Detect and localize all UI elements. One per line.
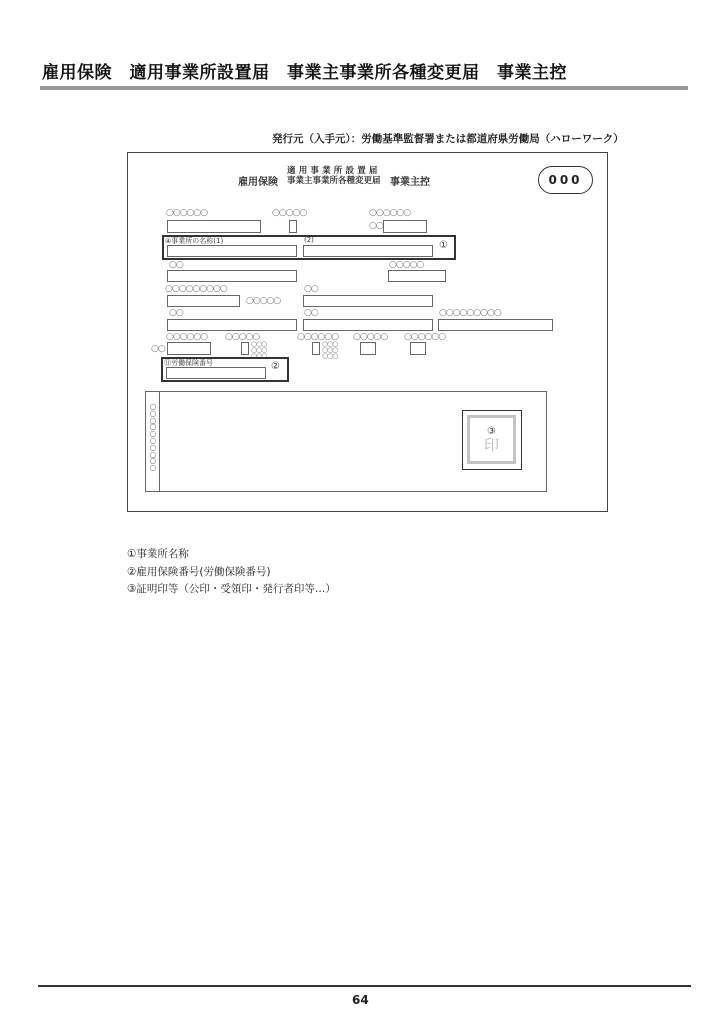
legend-notes: ①事業所名称 ②雇用保険番号(労働保険番号) ③証明印等（公印・受領印・発行者印… <box>127 546 336 599</box>
placeholder-label: ○○○○○○○○○ <box>165 284 227 294</box>
note-item: ③証明印等（公印・受領印・発行者印等…） <box>127 581 336 599</box>
business-name-field-2 <box>303 245 433 257</box>
form-code-badge: 000 <box>538 166 593 194</box>
field-box <box>383 220 427 233</box>
placeholder-label: ○○ <box>304 308 318 318</box>
business-name-label-2: (2) <box>304 236 314 244</box>
seal-box: ③ 印 <box>462 410 522 470</box>
footer-divider <box>38 985 691 987</box>
placeholder-label: ○○○○○ <box>389 260 423 270</box>
placeholder-label: ○○○○○ <box>246 296 280 306</box>
seal-inner: ③ 印 <box>467 415 516 464</box>
note-item: ①事業所名称 <box>127 546 336 564</box>
marker-2: ② <box>271 361 280 372</box>
placeholder-label: ○○ <box>169 308 183 318</box>
field-box <box>167 270 297 282</box>
field-box <box>360 342 376 355</box>
placeholder-label: ○○ <box>151 344 165 354</box>
field-box <box>167 342 211 355</box>
business-name-field-1 <box>167 245 297 257</box>
page-title: 雇用保険 適用事業所設置届 事業主事業所各種変更届 事業主控 <box>42 58 567 83</box>
marker-1: ① <box>439 240 448 251</box>
form-title-mid-bottom: 事業主事業所各種変更届 <box>287 176 381 186</box>
insurance-number-field <box>166 367 266 379</box>
placeholder-label: ○○○○○○ <box>369 208 410 218</box>
remarks-placeholder-column: ○ ○ ○ ○ ○ ○ ○ ○ ○ ○ <box>149 404 157 472</box>
placeholder-label: ○○ <box>169 260 183 270</box>
form-title-mid: 適用事業所設置届 事業主事業所各種変更届 <box>287 166 381 186</box>
note-item: ②雇用保険番号(労働保険番号) <box>127 564 336 582</box>
field-box <box>438 319 553 331</box>
placeholder-grid: ○○○ ○○○ ○○○ <box>322 341 337 359</box>
form-title-left: 雇用保険 <box>238 173 278 188</box>
placeholder-label: ○○ <box>304 284 318 294</box>
field-box <box>167 220 261 233</box>
field-box <box>388 270 446 282</box>
form-title-mid-top: 適用事業所設置届 <box>287 166 381 176</box>
title-divider <box>40 86 688 90</box>
placeholder-label: ○○○○○○ <box>166 208 207 218</box>
placeholder-label: ○○○○○ <box>272 208 306 218</box>
marker-3: ③ <box>487 426 496 437</box>
placeholder-label: ○○ <box>369 221 383 231</box>
remarks-divider <box>159 391 160 492</box>
field-box <box>303 295 433 307</box>
issuer-text: 発行元（入手元）：労働基準監督署または都道府県労働局（ハローワーク） <box>272 131 624 146</box>
placeholder-label: ○○○○○ <box>353 332 387 342</box>
placeholder-label: ○○○○○○ <box>166 332 207 342</box>
field-box <box>410 342 426 355</box>
field-box <box>167 295 240 307</box>
field-box <box>312 342 320 355</box>
field-box <box>167 319 297 331</box>
field-box <box>289 220 297 233</box>
field-box <box>303 319 433 331</box>
page-number: 64 <box>352 993 369 1007</box>
seal-stamp-icon: 印 <box>484 437 499 454</box>
placeholder-label: ○○○○○○ <box>404 332 445 342</box>
placeholder-label: ○○○○○○○○○ <box>439 308 501 318</box>
field-box <box>241 342 249 355</box>
form-title-right: 事業主控 <box>390 173 430 188</box>
